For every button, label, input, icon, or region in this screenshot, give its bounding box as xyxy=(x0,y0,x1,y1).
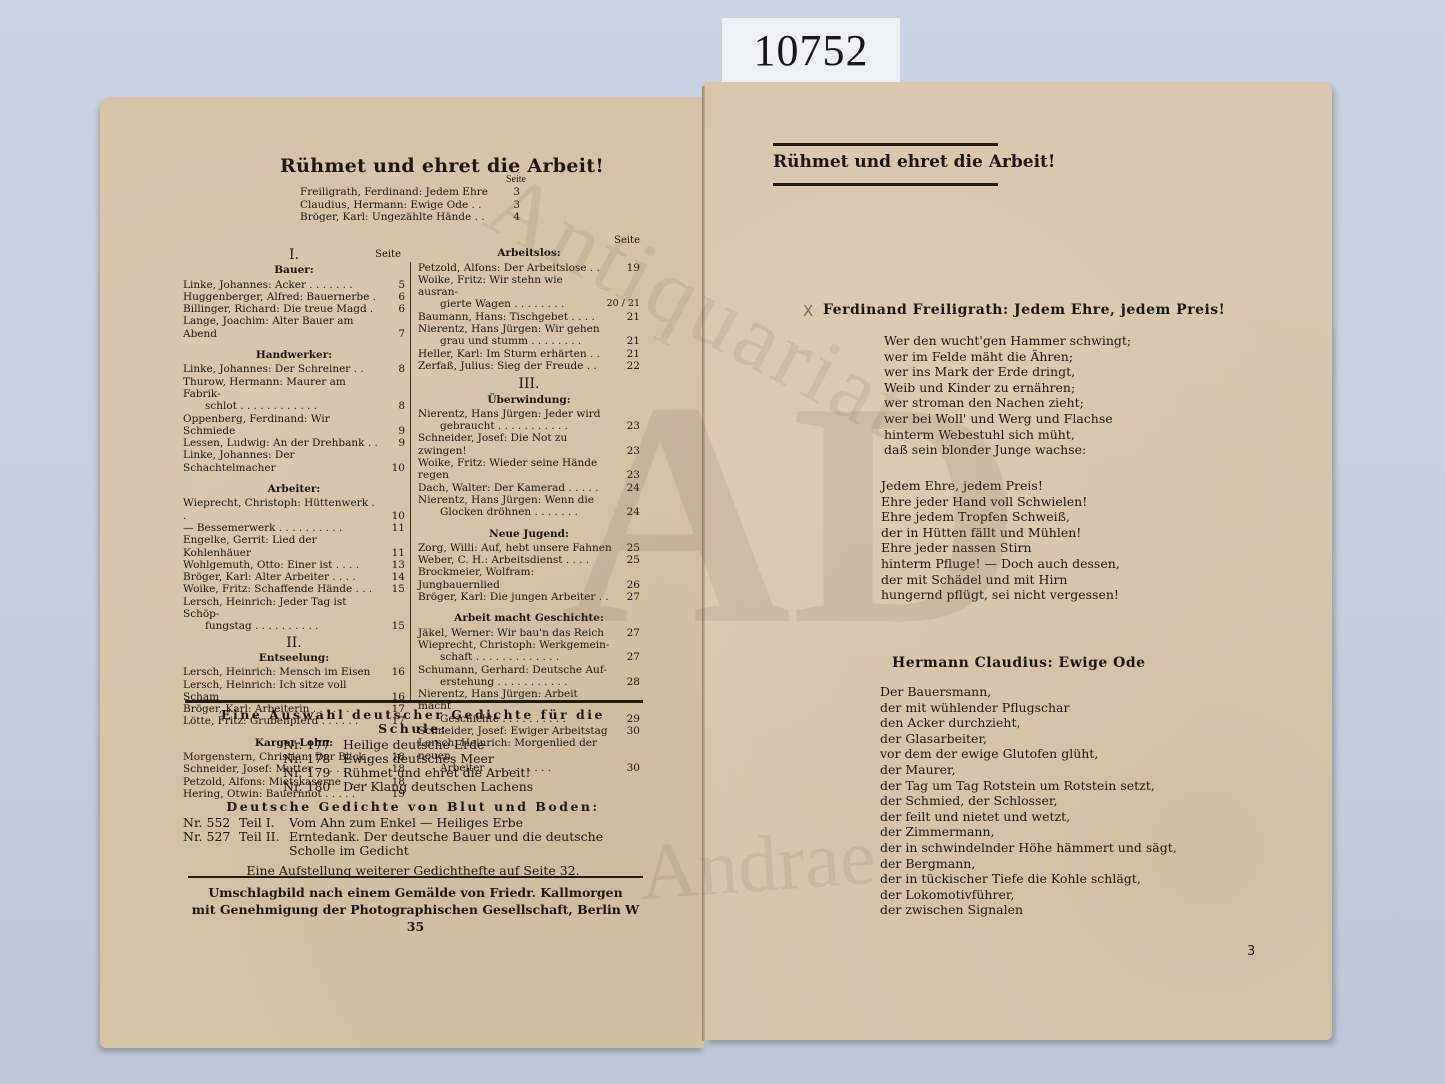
entry-page: 15 xyxy=(383,583,405,595)
entry-text-cont: fungstag . . . . . . . . . . xyxy=(183,620,379,632)
section-heading: Arbeiter: xyxy=(183,483,405,495)
series-item: Nr. 177Heilige deutsche Erde xyxy=(183,738,643,752)
entry-page: 7 xyxy=(383,328,405,340)
series-nr: Nr. 527 xyxy=(183,830,239,858)
toc-column-right: Seite Arbeitslos: Petzold, Alfons: Der A… xyxy=(418,235,640,774)
series-teil: Teil II. xyxy=(239,830,289,858)
poem-line: der Lokomotivführer, xyxy=(880,887,1177,903)
entry-text: Schumann, Gerhard: Deutsche Auf- xyxy=(418,664,607,676)
toc-entry: Lersch, Heinrich: Jeder Tag ist Schöp-fu… xyxy=(183,596,405,633)
entry-page: 27 xyxy=(618,627,640,639)
poem-line: daß sein blonder Junge wachse: xyxy=(884,442,1131,458)
poem-line: den Acker durchzieht, xyxy=(880,715,1177,731)
poem-line: der Glasarbeiter, xyxy=(880,731,1177,747)
entry-text: Dach, Walter: Der Kamerad . . . . . xyxy=(418,482,618,494)
pencil-mark: X xyxy=(803,302,813,320)
entry-page: 21 xyxy=(618,311,640,323)
toc-entry: Woike, Fritz: Schaffende Hände . . .15 xyxy=(183,583,405,595)
entry-text: Lersch, Heinrich: Jeder Tag ist Schöp- xyxy=(183,596,347,620)
entry-page: 25 xyxy=(618,554,640,566)
seite-label: Seite xyxy=(506,174,526,185)
entry-page: 26 xyxy=(618,579,640,591)
poem-line: Wer den wucht'gen Hammer schwingt; xyxy=(884,333,1131,349)
entry-text-cont: erstehung . . . . . . . . . . . xyxy=(418,676,614,688)
poem-stanza: Jedem Ehre, jedem Preis! Ehre jeder Hand… xyxy=(881,478,1120,603)
toc-entry: Zorg, Willi: Auf, hebt unsere Fahnen25 xyxy=(418,542,640,554)
toc-entry: Linke, Johannes: Acker . . . . . . .5 xyxy=(183,279,405,291)
entry-page: 24 xyxy=(618,482,640,494)
series-title: Der Klang deutschen Lachens xyxy=(343,780,533,794)
poem-line: der Zimmermann, xyxy=(880,824,1177,840)
entry-page: 10 xyxy=(383,510,405,522)
entry-page: 6 xyxy=(383,291,405,303)
part-numeral: I. xyxy=(183,249,405,261)
seite-label: Seite xyxy=(375,249,401,261)
toc-entry: Freiligrath, Ferdinand: Jedem Ehre3 xyxy=(300,186,520,199)
toc-entry: Wohlgemuth, Otto: Einer ist . . . .13 xyxy=(183,559,405,571)
entry-page: 23 xyxy=(618,445,640,457)
toc-entry: Lersch, Heinrich: Mensch im Eisen16 xyxy=(183,666,405,678)
poem-line: der in schwindelnder Höhe hämmert und sä… xyxy=(880,840,1177,856)
poem-heading: Ferdinand Freiligrath: Jedem Ehre, jedem… xyxy=(823,302,1225,318)
entry-page: 3 xyxy=(513,186,520,199)
poem-line: wer bei Woll' und Werg und Flachse xyxy=(884,411,1131,427)
series-title: Vom Ahn zum Enkel — Heiliges Erbe xyxy=(289,816,643,830)
series-nr: Nr. 178 xyxy=(283,752,343,766)
series-item: Nr. 180Der Klang deutschen Lachens xyxy=(183,780,643,794)
entry-text: Claudius, Hermann: Ewige Ode . . xyxy=(300,199,482,212)
toc-entry: Thurow, Hermann: Maurer am Fabrik-schlot… xyxy=(183,376,405,413)
series-heading: Deutsche Gedichte von Blut und Boden: xyxy=(183,800,643,814)
poem-line: hungernd pflügt, sei nicht vergessen! xyxy=(881,587,1120,603)
series-item: Nr. 179Rühmet und ehret die Arbeit! xyxy=(183,766,643,780)
entry-text: Jäkel, Werner: Wir bau'n das Reich xyxy=(418,627,618,639)
series-title: Rühmet und ehret die Arbeit! xyxy=(343,766,530,780)
toc-title: Rühmet und ehret die Arbeit! xyxy=(280,155,604,177)
toc-entry: Lange, Joachim: Alter Bauer am Abend7 xyxy=(183,315,405,340)
poem-line: Der Bauersmann, xyxy=(880,684,1177,700)
entry-text: Lersch, Heinrich: Mensch im Eisen xyxy=(183,666,383,678)
entry-text: Linke, Johannes: Der Schachtelmacher xyxy=(183,449,383,474)
toc-entry: Heller, Karl: Im Sturm erhärten . .21 xyxy=(418,348,640,360)
toc-entry: Petzold, Alfons: Der Arbeitslose . .19 xyxy=(418,262,640,274)
toc-entry: Baumann, Hans: Tischgebet . . . .21 xyxy=(418,311,640,323)
toc-entry: Bröger, Karl: Ungezählte Hände . .4 xyxy=(300,211,520,224)
entry-page: 8 xyxy=(383,363,405,375)
series-nr: Nr. 177 xyxy=(283,738,343,752)
toc-entry: Woike, Fritz: Wieder seine Hände regen23 xyxy=(418,457,640,482)
entry-page: 23 xyxy=(618,469,640,481)
entry-text-cont: grau und stumm . . . . . . . . xyxy=(418,335,614,347)
entry-text: Zerfaß, Julius: Sieg der Freude . . xyxy=(418,360,618,372)
poem-line: der Schmied, der Schlosser, xyxy=(880,793,1177,809)
entry-text-cont: schlot . . . . . . . . . . . . xyxy=(183,400,379,412)
entry-text-cont: schaft . . . . . . . . . . . . . xyxy=(418,651,614,663)
toc-entry: Schneider, Josef: Die Not zu zwingen!23 xyxy=(418,432,640,457)
entry-text: Bröger, Karl: Die jungen Arbeiter . . xyxy=(418,591,618,603)
toc-entry: Wieprecht, Christoph: Werkgemein-schaft … xyxy=(418,639,640,664)
entry-page: 3 xyxy=(513,199,520,212)
section-heading: Handwerker: xyxy=(183,349,405,361)
poem-line: der in tückischer Tiefe die Kohle schläg… xyxy=(880,871,1177,887)
entry-text-cont: Glocken dröhnen . . . . . . . xyxy=(418,506,614,518)
toc-entry: Zerfaß, Julius: Sieg der Freude . .22 xyxy=(418,360,640,372)
toc-entry: Jäkel, Werner: Wir bau'n das Reich27 xyxy=(418,627,640,639)
poem-heading: Hermann Claudius: Ewige Ode xyxy=(892,655,1146,671)
section-heading: Überwindung: xyxy=(418,394,640,406)
poem-line: der in Hütten fällt und Mühlen! xyxy=(881,525,1120,541)
series-nr: Nr. 180 xyxy=(283,780,343,794)
entry-page: 14 xyxy=(383,571,405,583)
page-title: Rühmet und ehret die Arbeit! xyxy=(773,152,1055,172)
entry-text: Linke, Johannes: Acker . . . . . . . xyxy=(183,279,383,291)
entry-page: 27 xyxy=(618,591,640,603)
toc-entry: Nierentz, Hans Jürgen: Wenn dieGlocken d… xyxy=(418,494,640,519)
poem-line: wer im Felde mäht die Ähren; xyxy=(884,349,1131,365)
entry-text: Bröger, Karl: Ungezählte Hände . . xyxy=(300,211,485,224)
book-spine xyxy=(702,86,705,1041)
poem-line: der zwischen Signalen xyxy=(880,902,1177,918)
entry-text: Woike, Fritz: Schaffende Hände . . . xyxy=(183,583,383,595)
entry-text: Lange, Joachim: Alter Bauer am Abend xyxy=(183,315,383,340)
toc-entry: — Bessemerwerk . . . . . . . . . .11 xyxy=(183,522,405,534)
entry-text: Oppenberg, Ferdinand: Wir Schmiede xyxy=(183,413,383,438)
poem-line: der mit Schädel und mit Hirn xyxy=(881,572,1120,588)
poem-stanza: Wer den wucht'gen Hammer schwingt; wer i… xyxy=(884,333,1131,458)
series-item: Nr. 178Ewiges deutsches Meer xyxy=(183,752,643,766)
entry-text-cont: gierte Wagen . . . . . . . . xyxy=(418,298,602,310)
toc-entry: Brockmeier, Wolfram: Jungbauernlied26 xyxy=(418,566,640,591)
entry-page: 19 xyxy=(618,262,640,274)
entry-text-cont: gebraucht . . . . . . . . . . . xyxy=(418,420,614,432)
poem-line: der Tag um Tag Rotstein um Rotstein setz… xyxy=(880,778,1177,794)
entry-text: Heller, Karl: Im Sturm erhärten . . xyxy=(418,348,618,360)
toc-entry: Oppenberg, Ferdinand: Wir Schmiede9 xyxy=(183,413,405,438)
entry-page: 27 xyxy=(618,651,640,663)
entry-text: Baumann, Hans: Tischgebet . . . . xyxy=(418,311,618,323)
toc-entry: Linke, Johannes: Der Schreiner . .8 xyxy=(183,363,405,375)
poem-line: Jedem Ehre, jedem Preis! xyxy=(881,478,1120,494)
entry-page: 21 xyxy=(618,335,640,347)
entry-text: Zorg, Willi: Auf, hebt unsere Fahnen xyxy=(418,542,618,554)
section-heading: Arbeitslos: xyxy=(418,247,640,259)
series-title: Heilige deutsche Erde xyxy=(343,738,484,752)
entry-page: 6 xyxy=(383,303,405,315)
toc-entry: Linke, Johannes: Der Schachtelmacher10 xyxy=(183,449,405,474)
poem-line: der Maurer, xyxy=(880,762,1177,778)
credit-line: Umschlagbild nach einem Gemälde von Frie… xyxy=(188,884,643,901)
seite-label: Seite xyxy=(418,235,640,247)
entry-text: Huggenberger, Alfred: Bauernerbe . xyxy=(183,291,383,303)
toc-entry: Dach, Walter: Der Kamerad . . . . .24 xyxy=(418,482,640,494)
entry-page: 20 / 21 xyxy=(606,298,640,310)
entry-text: Nierentz, Hans Jürgen: Wenn die xyxy=(418,494,594,506)
toc-entry: Engelke, Gerrit: Lied der Kohlenhäuer11 xyxy=(183,534,405,559)
series-part: Nr. 552Teil I.Vom Ahn zum Enkel — Heilig… xyxy=(183,816,643,830)
entry-page: 21 xyxy=(618,348,640,360)
poem-line: Ehre jeder nassen Stirn xyxy=(881,540,1120,556)
series-teil: Teil I. xyxy=(239,816,289,830)
series-nr: Nr. 552 xyxy=(183,816,239,830)
entry-page: 23 xyxy=(618,420,640,432)
entry-page: 25 xyxy=(618,542,640,554)
title-rule-bottom xyxy=(773,183,998,186)
entry-text: Linke, Johannes: Der Schreiner . . xyxy=(183,363,383,375)
intro-toc-list: Freiligrath, Ferdinand: Jedem Ehre3 Clau… xyxy=(300,186,520,224)
entry-text: Wohlgemuth, Otto: Einer ist . . . . xyxy=(183,559,383,571)
toc-entry: Wieprecht, Christoph: Hüttenwerk . .10 xyxy=(183,497,405,522)
entry-page: 10 xyxy=(383,462,405,474)
cover-credit: Umschlagbild nach einem Gemälde von Frie… xyxy=(188,884,643,935)
toc-entry: Lessen, Ludwig: An der Drehbank . .9 xyxy=(183,437,405,449)
entry-text: Woike, Fritz: Wieder seine Hände regen xyxy=(418,457,618,482)
series-title: Erntedank. Der deutsche Bauer und die de… xyxy=(289,830,643,858)
series-listing: Eine Auswahl deutscher Gedichte für die … xyxy=(183,706,643,878)
poem-line: wer stroman den Nachen zieht; xyxy=(884,395,1131,411)
entry-text: Wieprecht, Christoph: Hüttenwerk . . xyxy=(183,497,383,522)
section-heading: Neue Jugend: xyxy=(418,528,640,540)
series-heading: Eine Auswahl deutscher Gedichte für die … xyxy=(183,708,643,736)
poem-line: der Bergmann, xyxy=(880,856,1177,872)
entry-page: 11 xyxy=(383,547,405,559)
entry-page: 5 xyxy=(383,279,405,291)
toc-entry: Claudius, Hermann: Ewige Ode . .3 xyxy=(300,199,520,212)
entry-page: 16 xyxy=(383,666,405,678)
entry-page: 13 xyxy=(383,559,405,571)
poem-line: der feilt und nietet und wetzt, xyxy=(880,809,1177,825)
part-numeral: II. xyxy=(183,637,405,649)
credit-line: mit Genehmigung der Photographischen Ges… xyxy=(188,901,643,935)
entry-text: Wieprecht, Christoph: Werkgemein- xyxy=(418,639,609,651)
entry-text: Bröger, Karl: Alter Arbeiter . . . . xyxy=(183,571,383,583)
entry-text: Woike, Fritz: Wir stehn wie ausran- xyxy=(418,274,563,298)
entry-text: Weber, C. H.: Arbeitsdienst . . . . xyxy=(418,554,618,566)
section-heading: Arbeit macht Geschichte: xyxy=(418,612,640,624)
divider-rule xyxy=(188,876,643,878)
entry-text: Nierentz, Hans Jürgen: Wir gehen xyxy=(418,323,600,335)
entry-text: Engelke, Gerrit: Lied der Kohlenhäuer xyxy=(183,534,383,559)
series-title: Ewiges deutsches Meer xyxy=(343,752,494,766)
poem-line: hinterm Pfluge! — Doch auch dessen, xyxy=(881,556,1120,572)
poem-line: Weib und Kinder zu ernähren; xyxy=(884,380,1131,396)
toc-entry: Nierentz, Hans Jürgen: Jeder wirdgebrauc… xyxy=(418,408,640,433)
part-numeral: III. xyxy=(418,378,640,390)
page-number: 3 xyxy=(1247,944,1255,959)
poem-line: hinterm Webestuhl sich müht, xyxy=(884,427,1131,443)
entry-page: 4 xyxy=(513,211,520,224)
toc-entry: Billinger, Richard: Die treue Magd .6 xyxy=(183,303,405,315)
poem-stanza: Der Bauersmann, der mit wühlender Pflugs… xyxy=(880,684,1177,918)
entry-text: Brockmeier, Wolfram: Jungbauernlied xyxy=(418,566,618,591)
poem-line: wer ins Mark der Erde dringt, xyxy=(884,364,1131,380)
entry-page: 8 xyxy=(383,400,405,412)
poem-line: vor dem der ewige Glutofen glüht, xyxy=(880,746,1177,762)
toc-entry: Schumann, Gerhard: Deutsche Auf-erstehun… xyxy=(418,664,640,689)
entry-text: Billinger, Richard: Die treue Magd . xyxy=(183,303,383,315)
poem-line: der mit wühlender Pflugschar xyxy=(880,700,1177,716)
toc-entry: Woike, Fritz: Wir stehn wie ausran-giert… xyxy=(418,274,640,311)
entry-text: Thurow, Hermann: Maurer am Fabrik- xyxy=(183,376,346,400)
entry-page: 22 xyxy=(618,360,640,372)
entry-text: Nierentz, Hans Jürgen: Jeder wird xyxy=(418,408,600,420)
entry-page: 11 xyxy=(383,522,405,534)
series-part: Nr. 527Teil II.Erntedank. Der deutsche B… xyxy=(183,830,643,858)
toc-entry: Weber, C. H.: Arbeitsdienst . . . .25 xyxy=(418,554,640,566)
title-rule-top xyxy=(773,143,998,146)
section-heading: Entseelung: xyxy=(183,652,405,664)
poem-line: Ehre jeder Hand voll Schwielen! xyxy=(881,494,1120,510)
entry-text: Freiligrath, Ferdinand: Jedem Ehre xyxy=(300,186,488,199)
column-divider xyxy=(410,262,411,700)
entry-text: Lessen, Ludwig: An der Drehbank . . xyxy=(183,437,383,449)
toc-entry: Nierentz, Hans Jürgen: Wir gehengrau und… xyxy=(418,323,640,348)
poem-line: Ehre jedem Tropfen Schweiß, xyxy=(881,509,1120,525)
entry-page: 15 xyxy=(383,620,405,632)
toc-entry: Huggenberger, Alfred: Bauernerbe .6 xyxy=(183,291,405,303)
divider-rule xyxy=(185,700,643,703)
section-heading: Bauer: xyxy=(183,264,405,276)
entry-text: Petzold, Alfons: Der Arbeitslose . . xyxy=(418,262,618,274)
series-nr: Nr. 179 xyxy=(283,766,343,780)
entry-page: 9 xyxy=(383,425,405,437)
toc-entry: Bröger, Karl: Alter Arbeiter . . . .14 xyxy=(183,571,405,583)
entry-page: 28 xyxy=(618,676,640,688)
entry-page: 9 xyxy=(383,437,405,449)
entry-text: Schneider, Josef: Die Not zu zwingen! xyxy=(418,432,618,457)
inventory-label: 10752 xyxy=(722,18,900,82)
entry-text: — Bessemerwerk . . . . . . . . . . xyxy=(183,522,383,534)
entry-page: 24 xyxy=(618,506,640,518)
toc-entry: Bröger, Karl: Die jungen Arbeiter . .27 xyxy=(418,591,640,603)
